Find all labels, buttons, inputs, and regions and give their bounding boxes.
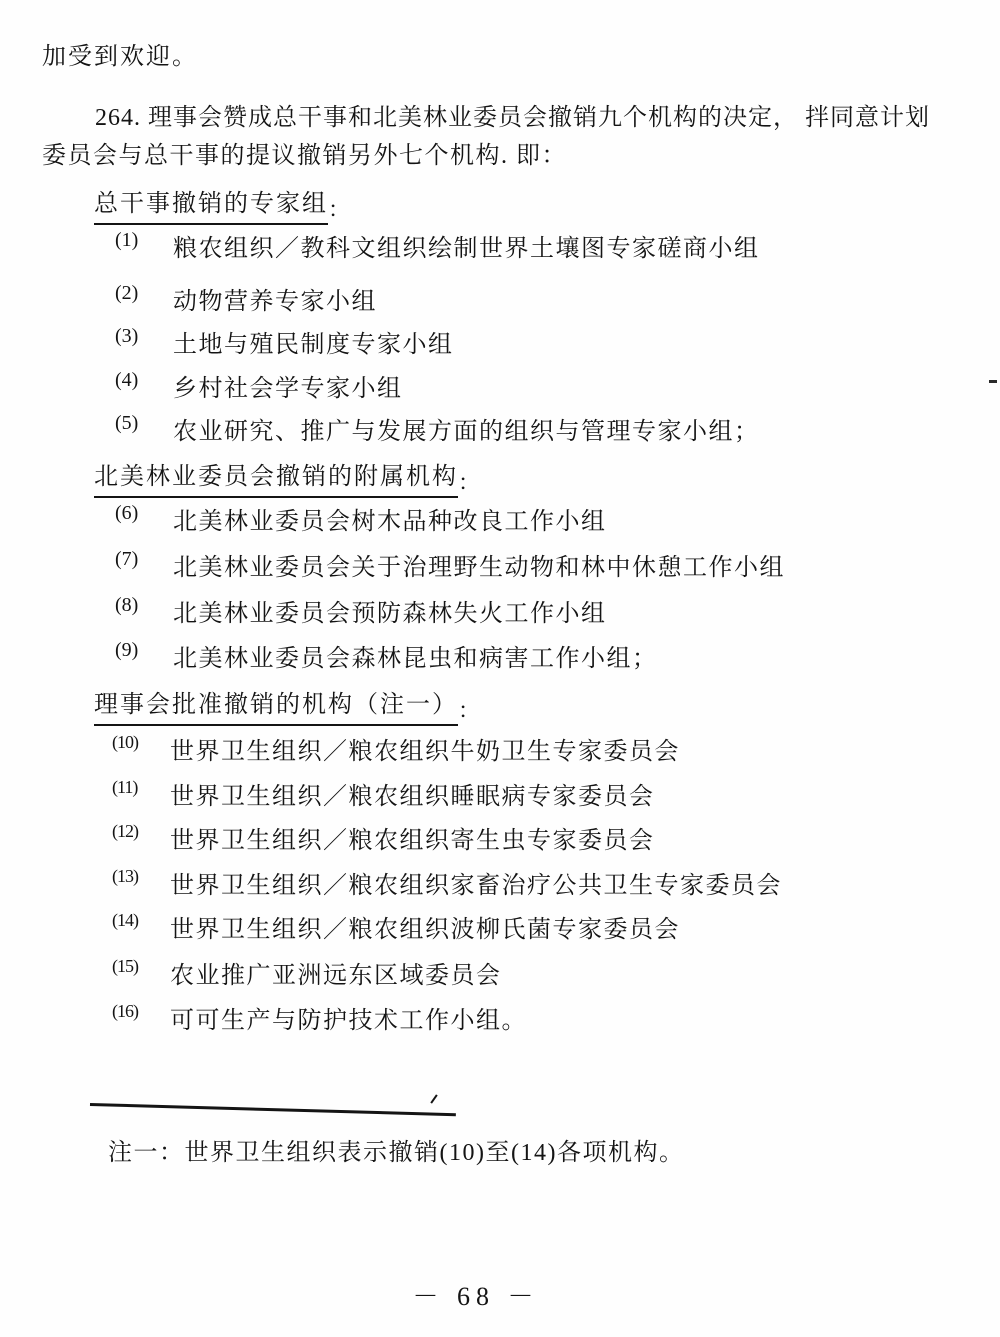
item-number: (6) — [115, 502, 167, 525]
item-text: 乡村社会学专家小组 — [173, 368, 403, 403]
scan-speck — [989, 380, 997, 383]
item-text: 世界卫生组织／粮农组织睡眠病专家委员会 — [170, 776, 655, 811]
page-number: － 68 － — [0, 1276, 1000, 1313]
item-text: 北美林业委员会森林昆虫和病害工作小组； — [173, 638, 658, 673]
section-heading-text: 总干事撤销的专家组 — [94, 183, 328, 225]
item-text: 农业推广亚洲远东区域委员会 — [170, 955, 502, 990]
item-text: 粮农组织／教科文组织绘制世界土壤图专家磋商小组 — [173, 228, 760, 263]
item-text: 世界卫生组织／粮农组织牛奶卫生专家委员会 — [170, 731, 680, 766]
item-number: (14) — [112, 910, 164, 931]
item-number: (15) — [112, 956, 164, 977]
item-number: (16) — [112, 1001, 164, 1022]
item-number: (10) — [112, 732, 164, 753]
section-heading-director-general: 总干事撤销的专家组： — [94, 183, 352, 225]
section-heading-text: 理事会批准撤销的机构（注一） — [94, 684, 458, 726]
item-number: (11) — [112, 777, 164, 798]
paragraph-264-line2: 委员会与总干事的提议撤销另外七个机构. 即： — [42, 135, 567, 170]
item-text: 土地与殖民制度专家小组 — [173, 324, 454, 359]
top-text-line: 加受到欢迎。 — [42, 36, 198, 71]
footnote-divider-rule — [90, 1103, 456, 1116]
document-page: 加受到欢迎。 264. 理事会赞成总干事和北美林业委员会撤销九个机构的决定， 拌… — [0, 0, 1000, 1337]
item-text: 动物营养专家小组 — [173, 281, 377, 316]
item-text: 世界卫生组织／粮农组织波柳氏菌专家委员会 — [170, 909, 680, 944]
item-text: 北美林业委员会关于治理野生动物和林中休憩工作小组 — [173, 547, 785, 582]
item-number: (7) — [115, 548, 167, 571]
item-text: 世界卫生组织／粮农组织寄生虫专家委员会 — [170, 820, 655, 855]
item-text: 可可生产与防护技术工作小组。 — [170, 1000, 527, 1035]
section-heading-north-american-forestry: 北美林业委员会撤销的附属机构： — [94, 456, 482, 498]
item-text: 北美林业委员会预防森林失火工作小组 — [173, 593, 607, 628]
item-text: 世界卫生组织／粮农组织家畜治疗公共卫生专家委员会 — [170, 865, 782, 900]
paragraph-264-line1: 264. 理事会赞成总干事和北美林业委员会撤销九个机构的决定， 拌同意计划 — [95, 97, 930, 132]
section-heading-council-approved: 理事会批准撤销的机构（注一）： — [94, 684, 482, 726]
item-number: (5) — [115, 412, 167, 435]
heading-colon: ： — [458, 466, 482, 497]
item-number: (4) — [115, 369, 167, 392]
footnote-rule-tick-mark — [430, 1094, 437, 1103]
item-number: (8) — [115, 594, 167, 617]
heading-colon: ： — [458, 694, 482, 725]
item-number: (9) — [115, 639, 167, 662]
section-heading-text: 北美林业委员会撤销的附属机构 — [94, 456, 458, 498]
item-text: 农业研究、推广与发展方面的组织与管理专家小组； — [173, 411, 760, 446]
item-text: 北美林业委员会树木品种改良工作小组 — [173, 501, 607, 536]
item-number: (12) — [112, 821, 164, 842]
heading-colon: ： — [328, 193, 352, 224]
item-number: (1) — [115, 229, 167, 252]
footnote-text: 注一：世界卫生组织表示撤销(10)至(14)各项机构。 — [108, 1132, 684, 1167]
item-number: (13) — [112, 866, 164, 887]
item-number: (2) — [115, 282, 167, 305]
item-number: (3) — [115, 325, 167, 348]
